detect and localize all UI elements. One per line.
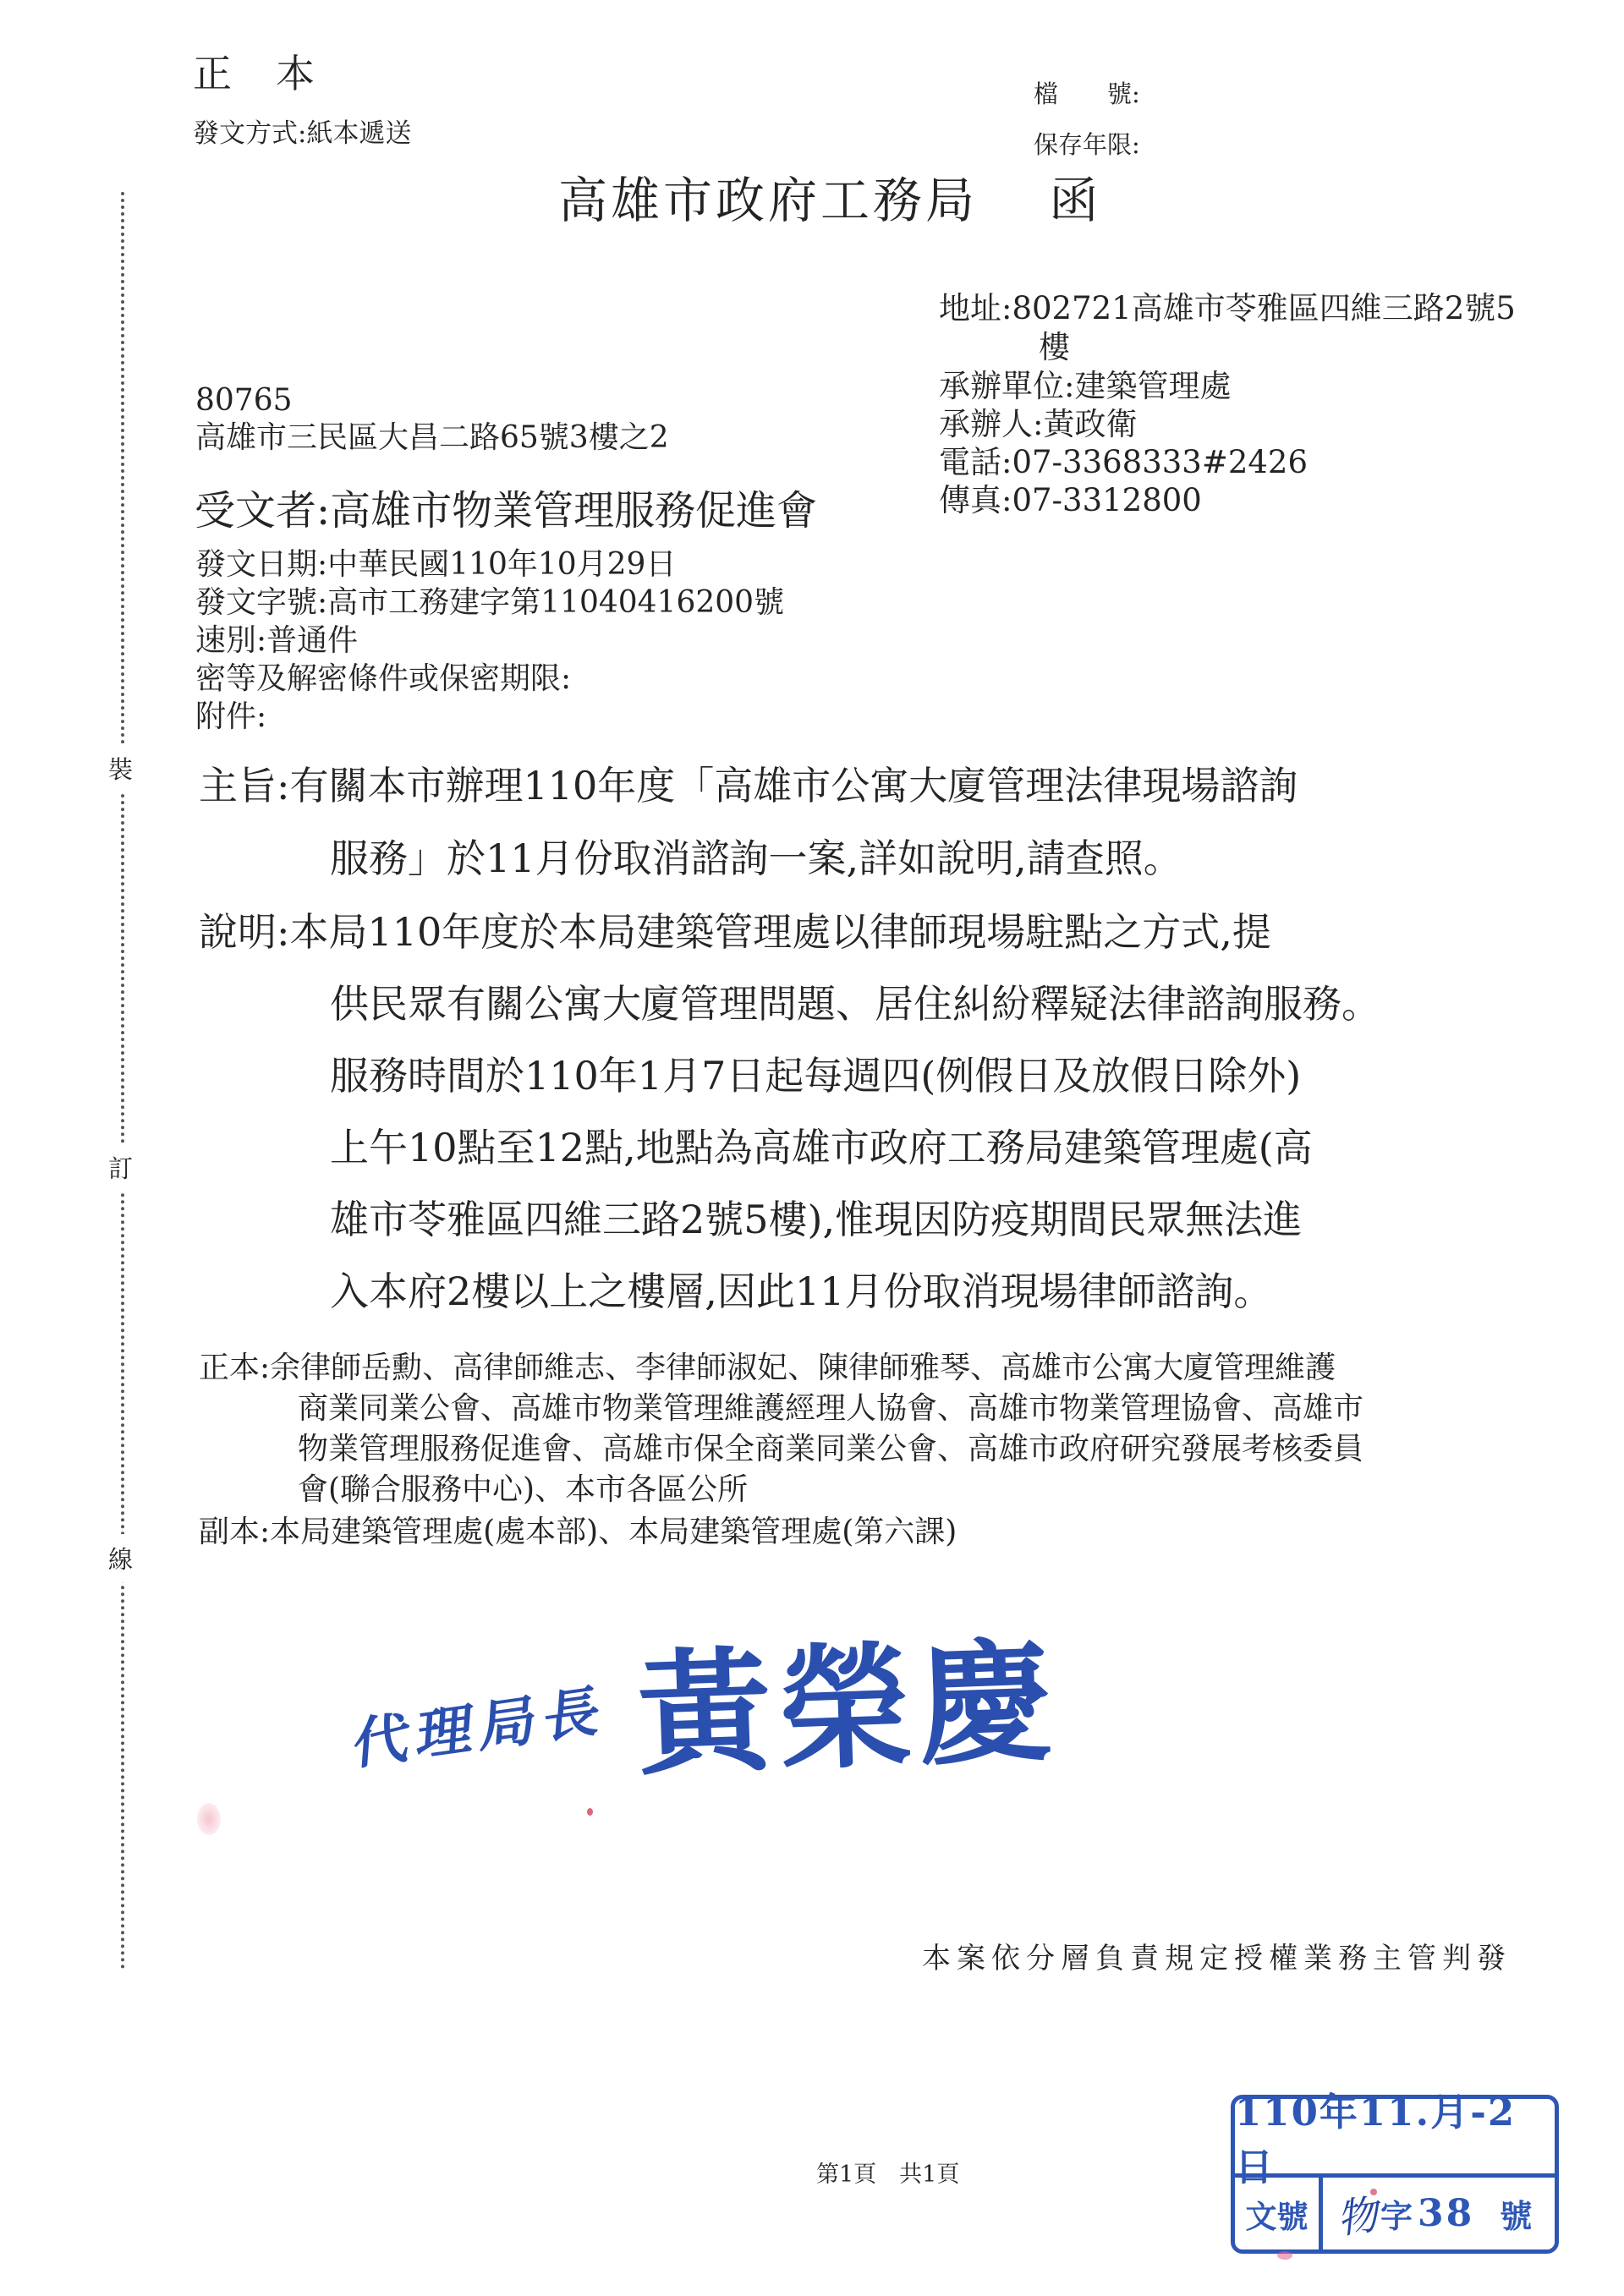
description-line: 說明:本局110年度於本局建築管理處以律師現場駐點之方式,提	[199, 909, 1271, 956]
binding-mark-ding: 訂	[107, 1143, 134, 1192]
binding-dotted-line	[121, 192, 124, 1970]
sender-fax: 傳真:07-3312800	[939, 482, 1202, 519]
stamp-docno-value: 物 字 38 號	[1323, 2178, 1555, 2249]
signer-name: 黃榮慶	[635, 1636, 1061, 1784]
red-ink-dot	[1370, 2189, 1377, 2195]
red-ink-dot	[1277, 2251, 1292, 2260]
speed-class: 速別:普通件	[195, 622, 358, 659]
attachment-label: 附件:	[195, 699, 266, 735]
retention-period-label: 保存年限:	[1034, 130, 1140, 160]
stamp-word-zi: 字	[1380, 2190, 1413, 2237]
original-recipients-line: 商業同業公會、高雄市物業管理維護經理人協會、高雄市物業管理協會、高雄市	[298, 1390, 1363, 1427]
original-recipients-line: 物業管理服務促進會、高雄市保全商業同業公會、高雄市政府研究發展考核委員	[298, 1431, 1363, 1467]
signer-title: 代理局長	[351, 1664, 611, 1779]
subject-line: 主旨:有關本市辦理110年度「高雄市公寓大廈管理法律現場諮詢	[199, 763, 1298, 809]
description-line: 供民眾有關公寓大廈管理問題、居住糾紛釋疑法律諮詢服務。	[330, 981, 1380, 1027]
stamp-word-hao: 號	[1500, 2190, 1532, 2237]
red-ink-dot	[587, 1808, 593, 1816]
stamp-bottom-row: 文號 物 字 38 號	[1235, 2178, 1555, 2249]
signature-stamp: 代理局長 黃榮慶	[353, 1636, 1061, 1794]
document-title: 高雄市政府工務局 函	[558, 172, 1101, 231]
copy-recipients-line: 副本:本局建築管理處(處本部)、本局建築管理處(第六課)	[199, 1514, 957, 1550]
stamp-number: 38	[1418, 2192, 1474, 2235]
sender-phone: 電話:07-3368333#2426	[939, 444, 1308, 481]
copy-type-label: 正 本	[193, 51, 317, 97]
binding-mark-zhuang: 裝	[107, 744, 134, 792]
subject-line: 服務」於11月份取消諮詢一案,詳如說明,請查照。	[330, 836, 1182, 882]
issue-date: 發文日期:中華民國110年10月29日	[195, 546, 676, 583]
sender-address-wrap: 樓	[1039, 329, 1070, 366]
recipient-name: 受文者:高雄市物業管理服務促進會	[195, 487, 817, 536]
ink-smudge	[197, 1803, 221, 1835]
file-number-label: 檔 號:	[1034, 79, 1140, 109]
authorization-note: 本案依分層負責規定授權業務主管判發	[922, 1942, 1512, 1976]
original-recipients-line: 會(聯合服務中心)、本市各區公所	[298, 1471, 748, 1508]
delivery-method: 發文方式:紙本遞送	[193, 118, 411, 150]
binding-mark-xian: 線	[107, 1534, 134, 1582]
page-number: 第1頁 共1頁	[816, 2162, 959, 2189]
description-line: 上午10點至12點,地點為高雄市政府工務局建築管理處(高	[330, 1125, 1313, 1171]
recipient-zip: 80765	[195, 382, 293, 419]
description-line: 服務時間於110年1月7日起每週四(例假日及放假日除外)	[330, 1053, 1301, 1099]
stamp-date: 110年11.月-2日	[1235, 2099, 1555, 2178]
security-class: 密等及解密條件或保密期限:	[195, 660, 571, 697]
official-letter-page: 裝 訂 線 正 本 發文方式:紙本遞送 檔 號: 保存年限: 高雄市政府工務局 …	[0, 0, 1624, 2296]
sender-contact-person: 承辦人:黃政衛	[939, 406, 1137, 443]
sender-unit: 承辦單位:建築管理處	[939, 368, 1231, 405]
sender-address: 地址:802721高雄市苓雅區四維三路2號5	[939, 290, 1516, 327]
issue-number: 發文字號:高市工務建字第11040416200號	[195, 584, 784, 621]
stamp-docno-label: 文號	[1235, 2178, 1323, 2249]
description-line: 入本府2樓以上之樓層,因此11月份取消現場律師諮詢。	[330, 1269, 1272, 1315]
recipient-address: 高雄市三民區大昌二路65號3樓之2	[195, 419, 669, 456]
original-recipients-line: 正本:余律師岳勳、高律師維志、李律師淑妃、陳律師雅琴、高雄市公寓大廈管理維護	[199, 1350, 1336, 1386]
description-line: 雄市苓雅區四維三路2號5樓),惟現因防疫期間民眾無法進	[330, 1197, 1302, 1243]
received-date-stamp: 110年11.月-2日 文號 物 字 38 號	[1231, 2095, 1559, 2254]
